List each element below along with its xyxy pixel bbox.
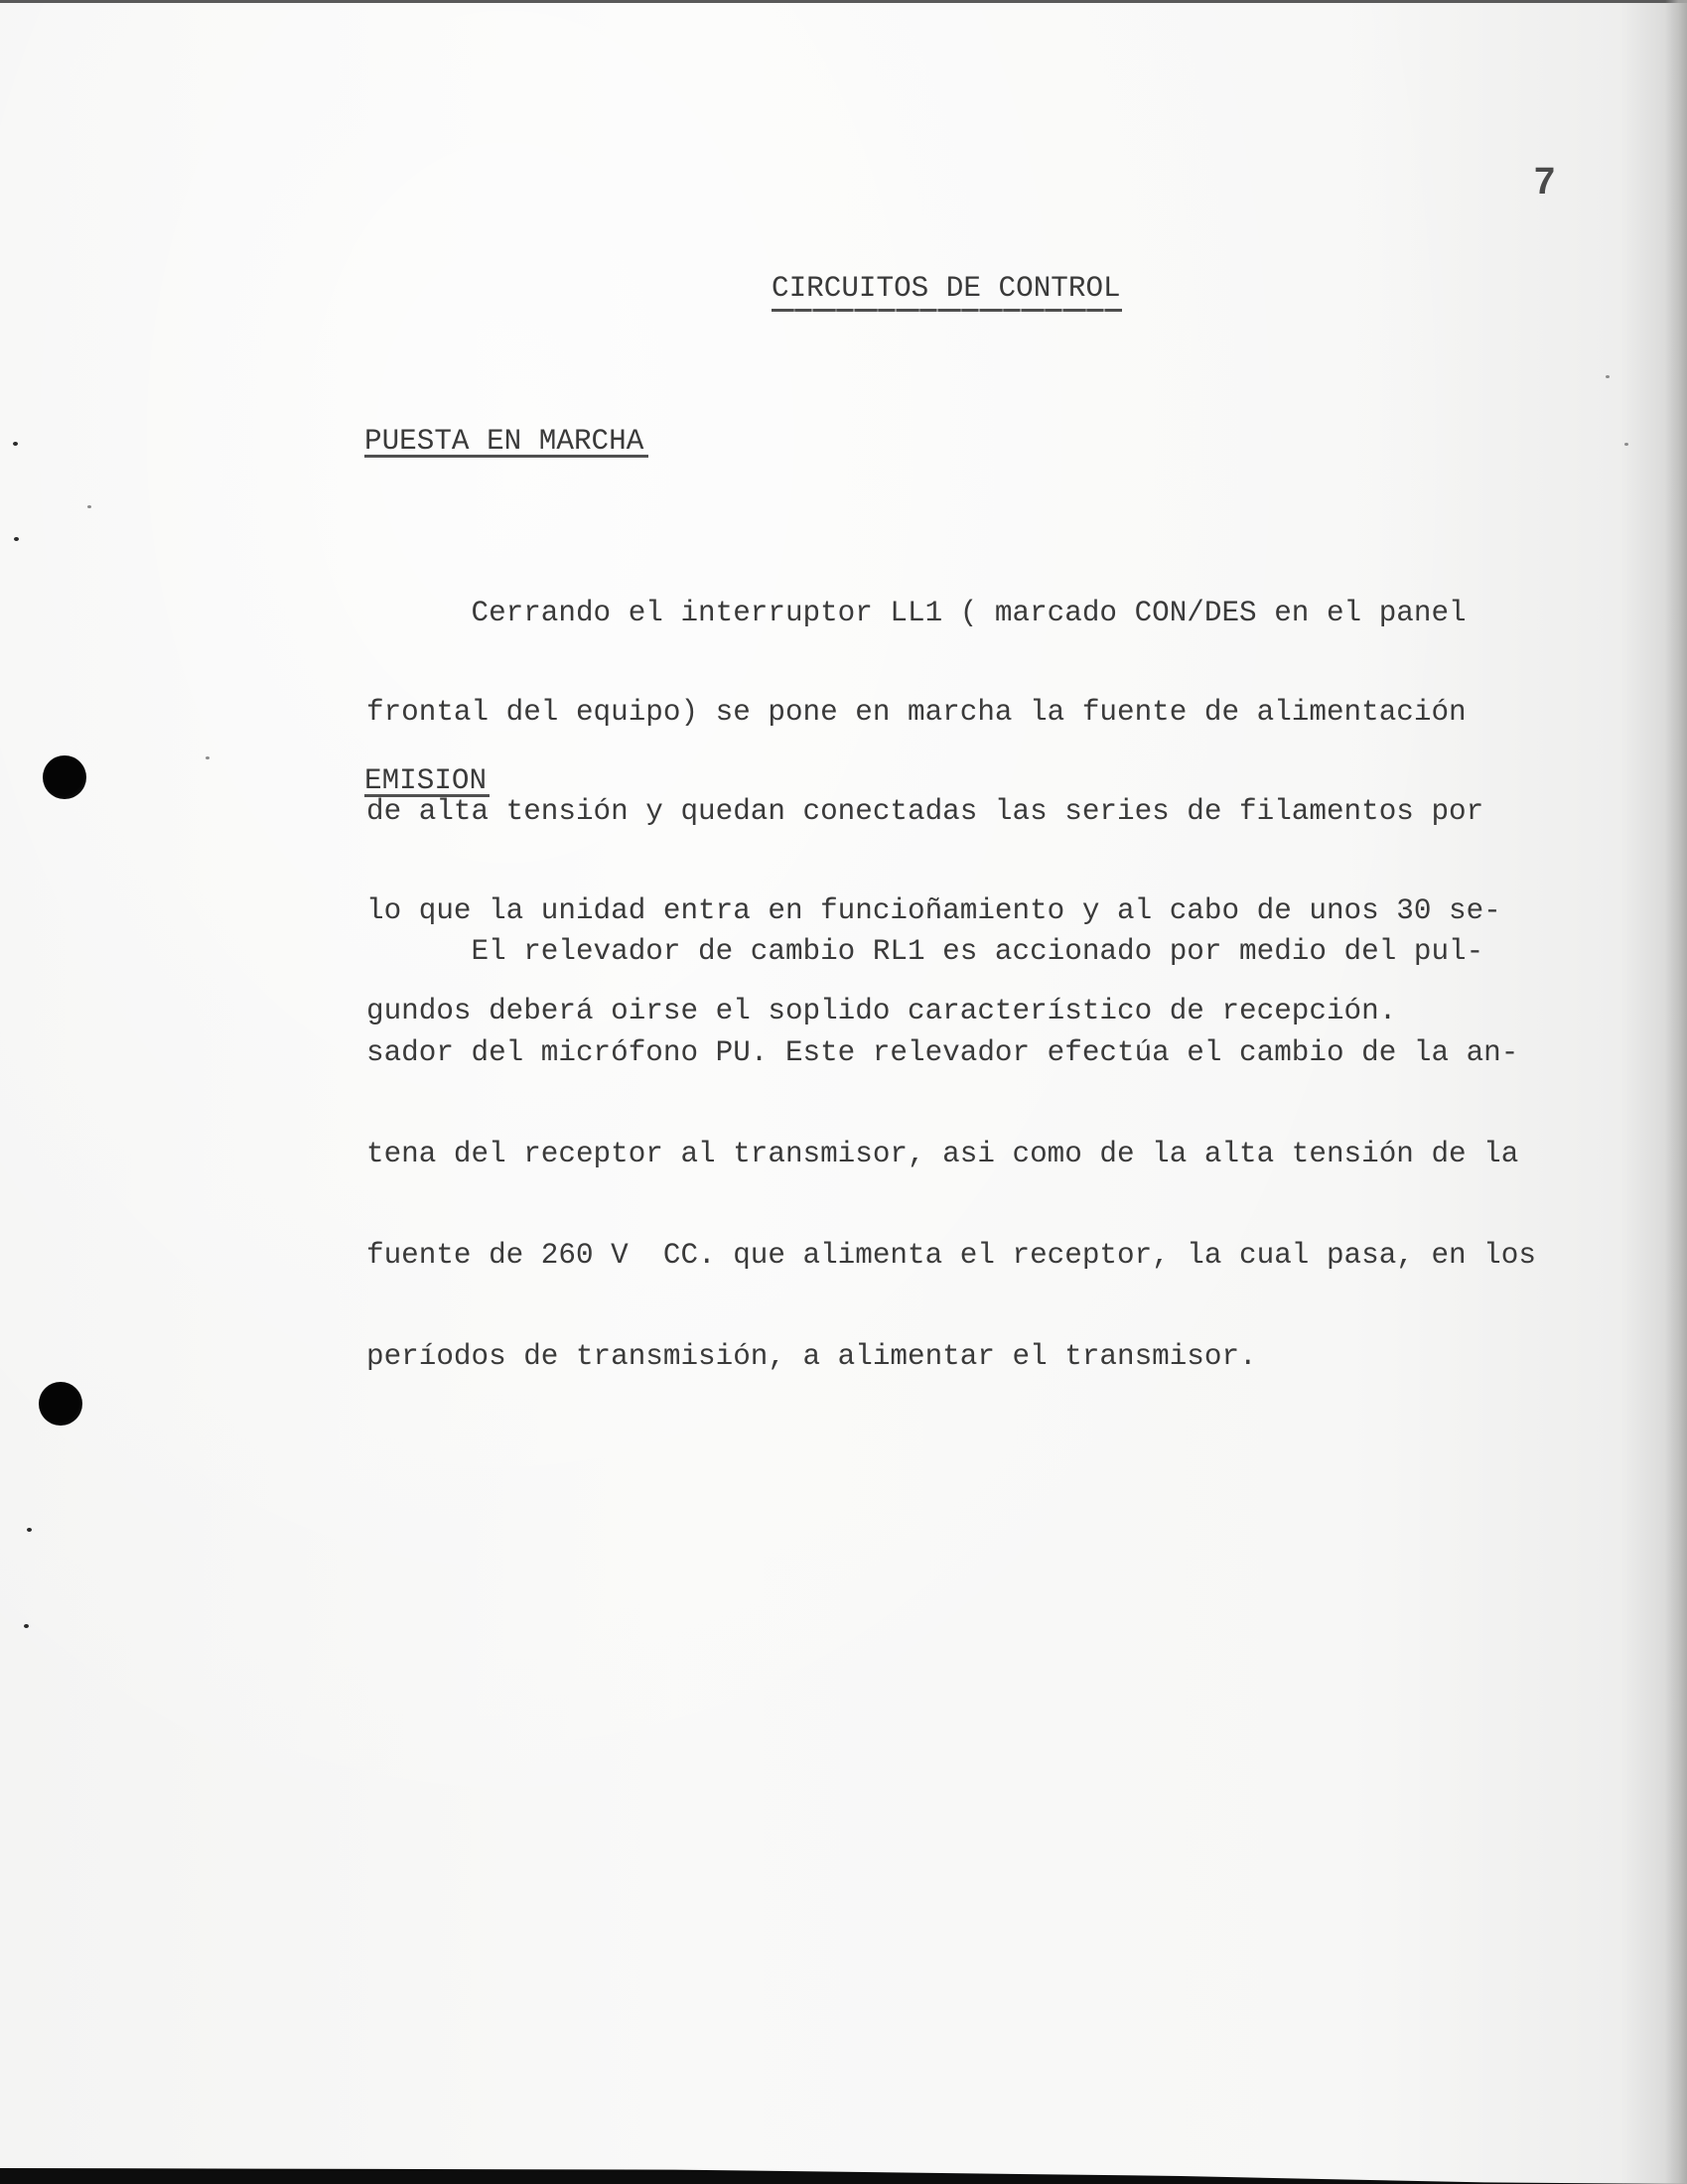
scanned-page: 7 CIRCUITOS DE CONTROL PUESTA EN MARCHA … [0,0,1687,2184]
paragraph-line: El relevador de cambio RL1 es accionado … [366,935,1536,969]
speck [24,1624,29,1628]
paragraph-line: Cerrando el interruptor LL1 ( marcado CO… [366,597,1501,629]
scan-right-shadow [1665,0,1687,2184]
speck [27,1528,32,1532]
paragraph-line: de alta tensión y quedan conectadas las … [366,795,1501,828]
speck [206,756,210,759]
section-heading-puesta-en-marcha: PUESTA EN MARCHA [364,425,643,458]
section-heading-emision: EMISION [364,764,487,797]
paragraph-line: sador del micrófono PU. Este relevador e… [366,1036,1536,1070]
paragraph-line: períodos de transmisión, a alimentar el … [366,1340,1536,1374]
page-number: 7 [1534,162,1555,202]
page-title: CIRCUITOS DE CONTROL [772,272,1121,305]
speck [13,442,18,446]
scan-top-edge [0,0,1687,3]
paragraph-line: fuente de 260 V CC. que alimenta el rece… [366,1239,1536,1273]
paragraph-line: frontal del equipo) se pone en marcha la… [366,696,1501,729]
speck [87,505,91,508]
speck [14,537,19,541]
punch-hole-lower [39,1382,82,1426]
title-underline [772,309,1122,312]
paragraph-emision: El relevador de cambio RL1 es accionado … [366,868,1536,1441]
punch-hole-upper [43,755,86,799]
paragraph-line: tena del receptor al transmisor, asi com… [366,1138,1536,1171]
scan-bottom-edge [0,2168,1687,2184]
section-heading-underline [364,455,648,458]
speck [1606,375,1610,378]
section-heading-underline [364,794,490,797]
speck [1624,443,1628,446]
